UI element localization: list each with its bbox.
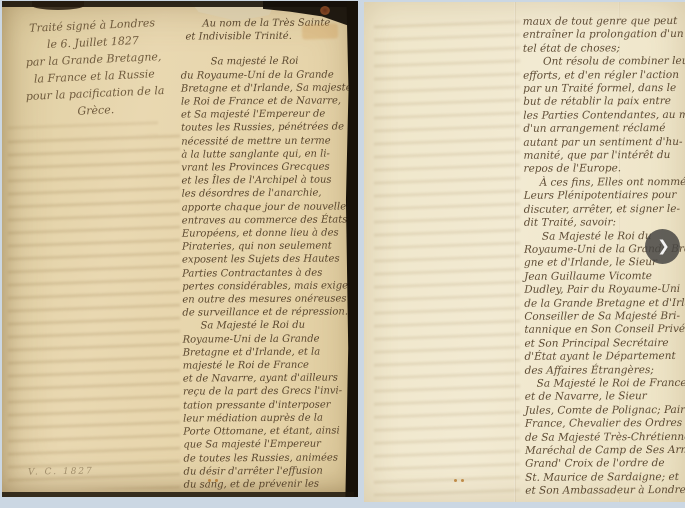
manuscript-line: pertes considérables, mais exigent — [182, 279, 352, 293]
manuscript-line: À ces fins, Elles ont nommé — [524, 175, 685, 190]
foxing-dot — [208, 479, 211, 482]
manuscript-line: et Son Ambassadeur à Londres — [525, 483, 685, 498]
manuscript-line: Dudley, Pair du Royaume-Uni — [524, 282, 685, 297]
manuscript-line: les Parties Contendantes, au moyen — [523, 108, 685, 123]
manuscript-line: tannique en Son Conseil Privé, — [524, 323, 685, 338]
manuscript-line: Jean Guillaume Vicomte — [524, 269, 685, 284]
right-manuscript-page: maux de tout genre que peutentraîner la … — [364, 2, 685, 502]
manuscript-line: du désir d'arrêter l'effusion — [183, 464, 353, 478]
manuscript-line: Leurs Plénipotentiaires pour — [524, 188, 685, 203]
manuscript-line: d'un arrangement réclamé — [523, 121, 685, 136]
fold-crease — [514, 2, 516, 502]
manuscript-line: Bretagne et d'Irlande, et la — [183, 345, 353, 359]
foxing-dot — [215, 479, 218, 482]
margin-annotation: Traité signé à Londresle 6. Juillet 1827… — [8, 13, 180, 122]
manuscript-line: Maréchal de Camp de Ses Armées, — [525, 443, 685, 458]
manuscript-line: Sa majesté le Roi — [181, 55, 351, 69]
manuscript-line: toutes les Russies, pénétrées de la — [181, 121, 351, 135]
manuscript-line: tel état de choses; — [523, 41, 685, 56]
manuscript-line: reçu de la part des Grecs l'invi- — [183, 385, 353, 399]
ink-smudge — [32, 1, 84, 10]
manuscript-line: à la lutte sanglante qui, en li- — [181, 147, 351, 161]
manuscript-line: maux de tout genre que peut — [523, 14, 685, 29]
bleed-through-texture — [374, 18, 520, 496]
manuscript-line: des Affaires Étrangères; — [525, 363, 685, 378]
manuscript-line: Royaume-Uni de la Grande — [183, 332, 353, 346]
foxing-dot — [461, 479, 464, 482]
manuscript-line: et les Îles de l'Archipel à tous — [181, 174, 351, 188]
manuscript-line: Bretagne et d'Irlande, Sa majesté — [181, 81, 351, 95]
manuscript-line: Parties Contractantes à des — [182, 266, 352, 280]
manuscript-line: d'État ayant le Département — [524, 349, 685, 364]
manuscript-line: entraves au commerce des États — [182, 213, 352, 227]
pencil-annotation: V. C. 1827 — [28, 466, 94, 477]
chevron-right-icon: ❯ — [655, 239, 670, 254]
manuscript-line: vrant les Provinces Grecques — [181, 160, 351, 174]
manuscript-line: leur médiation auprès de la — [183, 411, 353, 425]
manuscript-line: but de rétablir la paix entre — [523, 95, 685, 110]
manuscript-line: entraîner la prolongation d'un — [523, 28, 685, 43]
manuscript-line: Européens, et donne lieu à des — [182, 226, 352, 240]
foxing-dots — [454, 479, 464, 482]
manuscript-line: Grand' Croix de l'ordre de — [525, 457, 685, 472]
manuscript-line: que Sa majesté l'Empereur — [183, 438, 353, 452]
manuscript-line: et Sa majesté l'Empereur de — [181, 108, 351, 122]
manuscript-line: Jules, Comte de Polignac; Pair de — [525, 403, 685, 418]
manuscript-line: efforts, et d'en régler l'action — [523, 68, 685, 83]
manuscript-line: du Royaume-Uni de la Grande — [181, 68, 351, 82]
manuscript-line: et de Navarre, le Sieur — [525, 390, 685, 405]
manuscript-line: Porte Ottomane, et étant, ainsi — [183, 424, 353, 438]
manuscript-line: France, Chevalier des Ordres — [525, 416, 685, 431]
manuscript-line: par un Traité formel, dans le — [523, 81, 685, 96]
manuscript-line: en outre des mesures onéreuses — [182, 292, 352, 306]
left-manuscript-page: Traité signé à Londresle 6. Juillet 1827… — [2, 1, 358, 497]
wax-spot — [320, 6, 330, 15]
manuscript-line: les désordres de l'anarchie, — [182, 187, 352, 201]
foxing-dot — [454, 479, 457, 482]
archival-stamp-mark — [302, 23, 339, 39]
manuscript-line: exposent les Sujets des Hautes — [182, 253, 352, 267]
manuscript-line: de la Grande Bretagne et d'Irlande, — [524, 296, 685, 311]
manuscript-line: et Son Principal Secrétaire — [524, 336, 685, 351]
manuscript-line: et de Navarre, ayant d'ailleurs — [183, 372, 353, 386]
manuscript-line: Pirateries, qui non seulement — [182, 240, 352, 254]
manuscript-line: repos de l'Europe. — [524, 162, 685, 177]
manuscript-line: le Roi de France et de Navarre, — [181, 94, 351, 108]
manuscript-line: majesté le Roi de France — [183, 358, 353, 372]
manuscript-line: tation pressante d'interposer — [183, 398, 353, 412]
manuscript-line: de toutes les Russies, animées — [183, 451, 353, 465]
manuscript-line: St. Maurice de Sardaigne; et — [525, 470, 685, 485]
document-viewer: Traité signé à Londresle 6. Juillet 1827… — [0, 0, 685, 508]
manuscript-line: Sa Majesté le Roi du — [182, 319, 352, 333]
foxing-dots — [208, 479, 218, 482]
manuscript-line: nécessité de mettre un terme — [181, 134, 351, 148]
manuscript-line: autant par un sentiment d'hu- — [523, 135, 685, 150]
manuscript-line: manité, que par l'intérêt du — [523, 148, 685, 163]
manuscript-line: de Sa Majesté Très-Chrétienne, — [525, 430, 685, 445]
manuscript-text-column: Au nom de la Très Sainteet Indivisible T… — [180, 16, 353, 491]
page-edge-bottom — [2, 492, 354, 497]
manuscript-line: discuter, arrêter, et signer le- — [524, 202, 685, 217]
manuscript-line: Ont résolu de combiner leurs — [523, 54, 685, 69]
manuscript-line: Sa Majesté le Roi de France — [525, 376, 685, 391]
manuscript-line: Conseiller de Sa Majesté Bri- — [524, 309, 685, 324]
next-page-button[interactable]: ❯ — [645, 229, 680, 264]
manuscript-line: apporte chaque jour de nouvelles — [182, 200, 352, 214]
manuscript-line: de surveillance et de répression. — [182, 306, 352, 320]
bleed-through-texture — [8, 133, 180, 489]
